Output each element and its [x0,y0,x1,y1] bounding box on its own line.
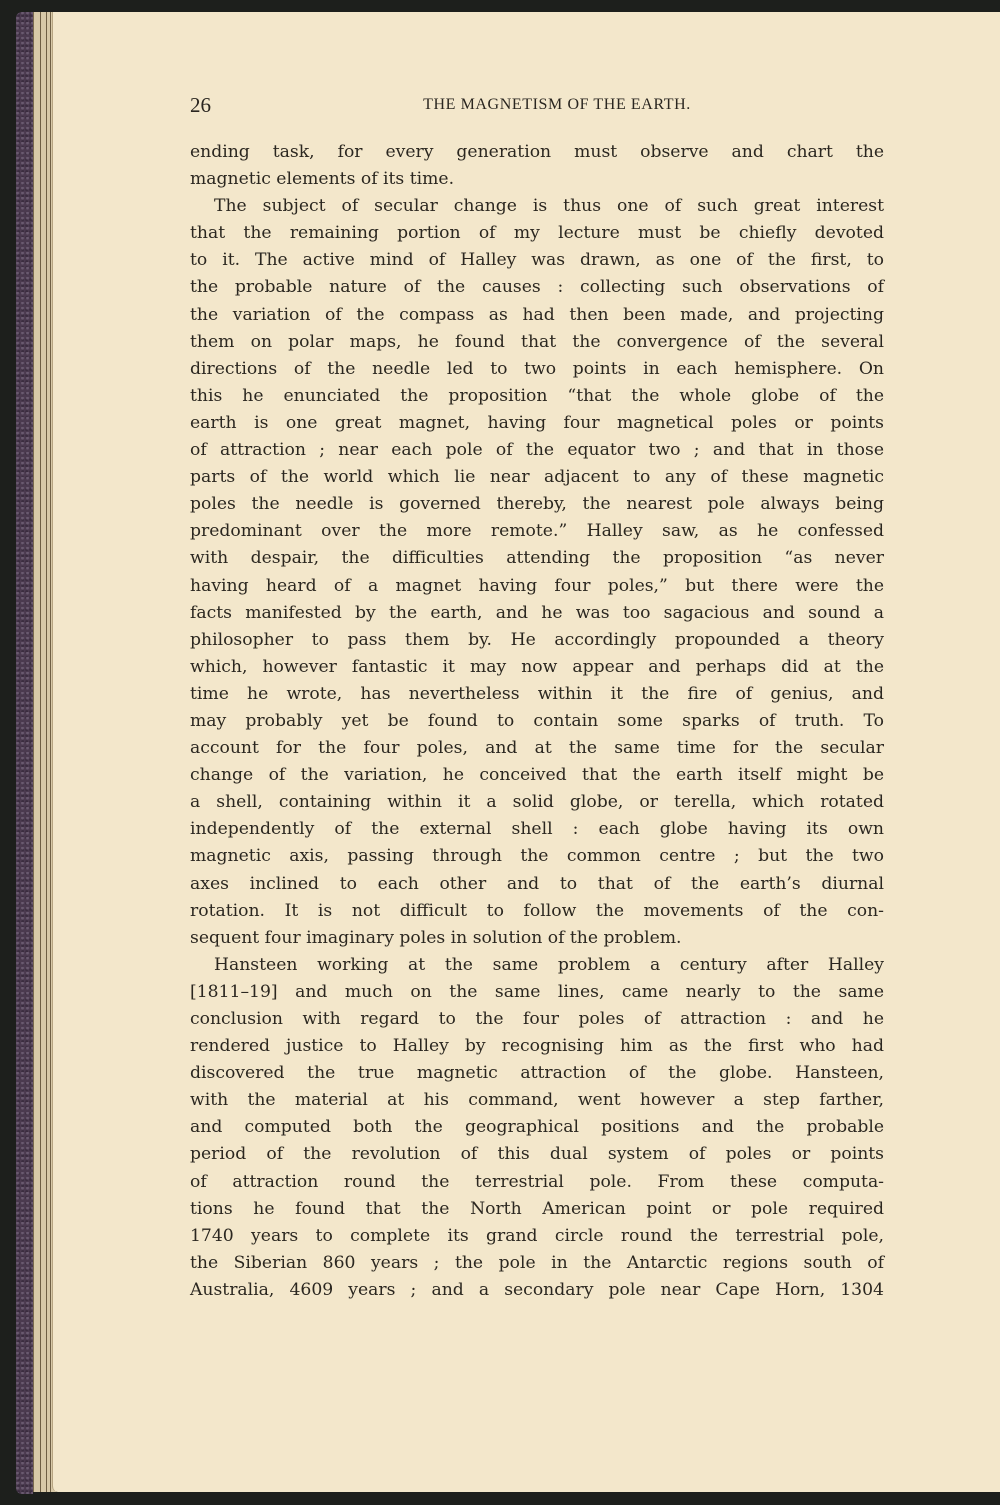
page-header: 26 THE MAGNETISM OF THE EARTH. [190,93,884,117]
text-line: the probable nature of the causes : coll… [190,274,884,301]
text-line: discovered the true magnetic attraction … [190,1060,884,1087]
text-line: rendered justice to Halley by recognisin… [190,1033,884,1060]
text-line: axes inclined to each other and to that … [190,871,884,898]
text-line: ending task, for every generation must o… [190,139,884,166]
page-edge-line [46,12,47,1492]
text-line: the variation of the compass as had then… [190,302,884,329]
text-line: Hansteen working at the same problem a c… [190,952,884,979]
text-line: sequent four imaginary poles in solution… [190,925,884,952]
text-line: facts manifested by the earth, and he wa… [190,600,884,627]
text-line: poles the needle is governed thereby, th… [190,491,884,518]
text-line: philosopher to pass them by. He accordin… [190,627,884,654]
running-title: THE MAGNETISM OF THE EARTH. [190,96,884,114]
text-line: with despair, the difficulties attending… [190,545,884,572]
paragraph: ending task, for every generation must o… [190,139,884,193]
text-line: that the remaining portion of my lecture… [190,220,884,247]
text-line: magnetic elements of its time. [190,166,884,193]
text-line: a shell, containing within it a solid gl… [190,789,884,816]
paragraph: The subject of secular change is thus on… [190,193,884,952]
text-line: magnetic axis, passing through the commo… [190,843,884,870]
text-line: independently of the external shell : ea… [190,816,884,843]
text-line: time he wrote, has nevertheless within i… [190,681,884,708]
text-line: of attraction ; near each pole of the eq… [190,437,884,464]
text-line: account for the four poles, and at the s… [190,735,884,762]
text-line: rotation. It is not difficult to follow … [190,898,884,925]
page-edge-line [50,12,51,1492]
text-line: may probably yet be found to contain som… [190,708,884,735]
text-line: which, however fantastic it may now appe… [190,654,884,681]
text-line: this he enunciated the proposition “that… [190,383,884,410]
text-line: of attraction round the terrestrial pole… [190,1169,884,1196]
text-line: and computed both the geographical posit… [190,1114,884,1141]
text-line: parts of the world which lie near adjace… [190,464,884,491]
text-line: [1811–19] and much on the same lines, ca… [190,979,884,1006]
text-line: directions of the needle led to two poin… [190,356,884,383]
text-line: the Siberian 860 years ; the pole in the… [190,1250,884,1277]
text-line: them on polar maps, he found that the co… [190,329,884,356]
paragraph: Hansteen working at the same problem a c… [190,952,884,1304]
text-line: tions he found that the North American p… [190,1196,884,1223]
text-line: to it. The active mind of Halley was dra… [190,247,884,274]
page-edge-line [40,12,41,1492]
book-binding [16,12,33,1494]
text-line: change of the variation, he conceived th… [190,762,884,789]
text-line: earth is one great magnet, having four m… [190,410,884,437]
body-text: ending task, for every generation must o… [190,139,884,1304]
text-line: predominant over the more remote.” Halle… [190,518,884,545]
text-line: with the material at his command, went h… [190,1087,884,1114]
text-line: 1740 years to complete its grand circle … [190,1223,884,1250]
text-line: The subject of secular change is thus on… [190,193,884,220]
text-line: having heard of a magnet having four pol… [190,573,884,600]
text-line: Australia, 4609 years ; and a secondary … [190,1277,884,1304]
text-line: period of the revolution of this dual sy… [190,1141,884,1168]
text-line: conclusion with regard to the four poles… [190,1006,884,1033]
